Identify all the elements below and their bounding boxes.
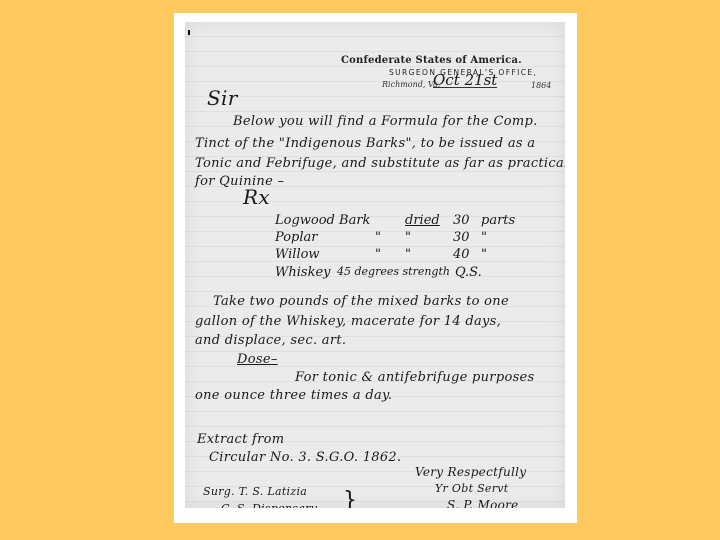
ingredient-state: dried [405,213,440,228]
closing-line: Yr Obt Servt [435,482,509,495]
ingredient-qty: 40 [453,247,470,262]
addressee-line: C. S. Dispensary [221,502,317,508]
ingredient-name: Whiskey [275,265,330,280]
ingredient-unit: parts [481,213,515,228]
photo-frame: Confederate States of America. SURGEON G… [174,13,577,523]
rx-symbol: Rx [243,185,270,209]
dose-line: For tonic & antifebrifuge purposes [295,370,535,385]
handwritten-date: Oct 21st [433,73,497,88]
intro-line: Below you will find a Formula for the Co… [233,114,538,129]
dose-line: one ounce three times a day. [195,388,392,403]
letterhead-year: 1864 [531,81,551,90]
letterhead-title: Confederate States of America. [341,55,522,66]
salutation: Sir [207,86,238,110]
ingredient-qty: Q.S. [455,265,482,280]
intro-line: Tonic and Febrifuge, and substitute as f… [195,156,565,171]
ingredient-part: " [375,230,381,245]
instruction-line: gallon of the Whiskey, macerate for 14 d… [195,314,501,329]
extract-line: Extract from [197,432,284,447]
signature: S. P. Moore [447,498,519,508]
addressee-line: Surg. T. S. Latizia [203,485,307,498]
ingredient-qty: 30 [453,230,470,245]
ingredient-name: Poplar [275,230,318,245]
recipe-row: Logwood Bark dried 30 parts [185,213,565,231]
ingredient-note: 45 degrees strength [337,265,450,278]
paper-mark [188,30,190,35]
brace-mark: } [343,488,357,508]
intro-line: for Quinine – [195,174,284,189]
extract-line: Circular No. 3. S.G.O. 1862. [209,450,401,465]
recipe-row: Poplar " " 30 " [185,230,565,248]
letterhead-place: Richmond, Va. [382,80,440,89]
ingredient-name: Willow [275,247,320,262]
instruction-line: Take two pounds of the mixed barks to on… [213,294,509,309]
ingredient-state: " [405,230,411,245]
closing-line: Very Respectfully [415,465,526,479]
ingredient-state: " [405,247,411,262]
ingredient-part: " [375,247,381,262]
ingredient-unit: " [481,247,487,262]
instruction-line: and displace, sec. art. [195,333,346,348]
dose-label: Dose– [237,352,278,367]
recipe-row: Willow " " 40 " [185,247,565,265]
intro-line: Tinct of the "Indigenous Barks", to be i… [195,136,535,151]
ingredient-unit: " [481,230,487,245]
recipe-row: Whiskey 45 degrees strength Q.S. [185,265,565,283]
ingredient-name: Logwood Bark [275,213,370,228]
historical-letter-document: Confederate States of America. SURGEON G… [185,22,565,508]
ingredient-qty: 30 [453,213,470,228]
